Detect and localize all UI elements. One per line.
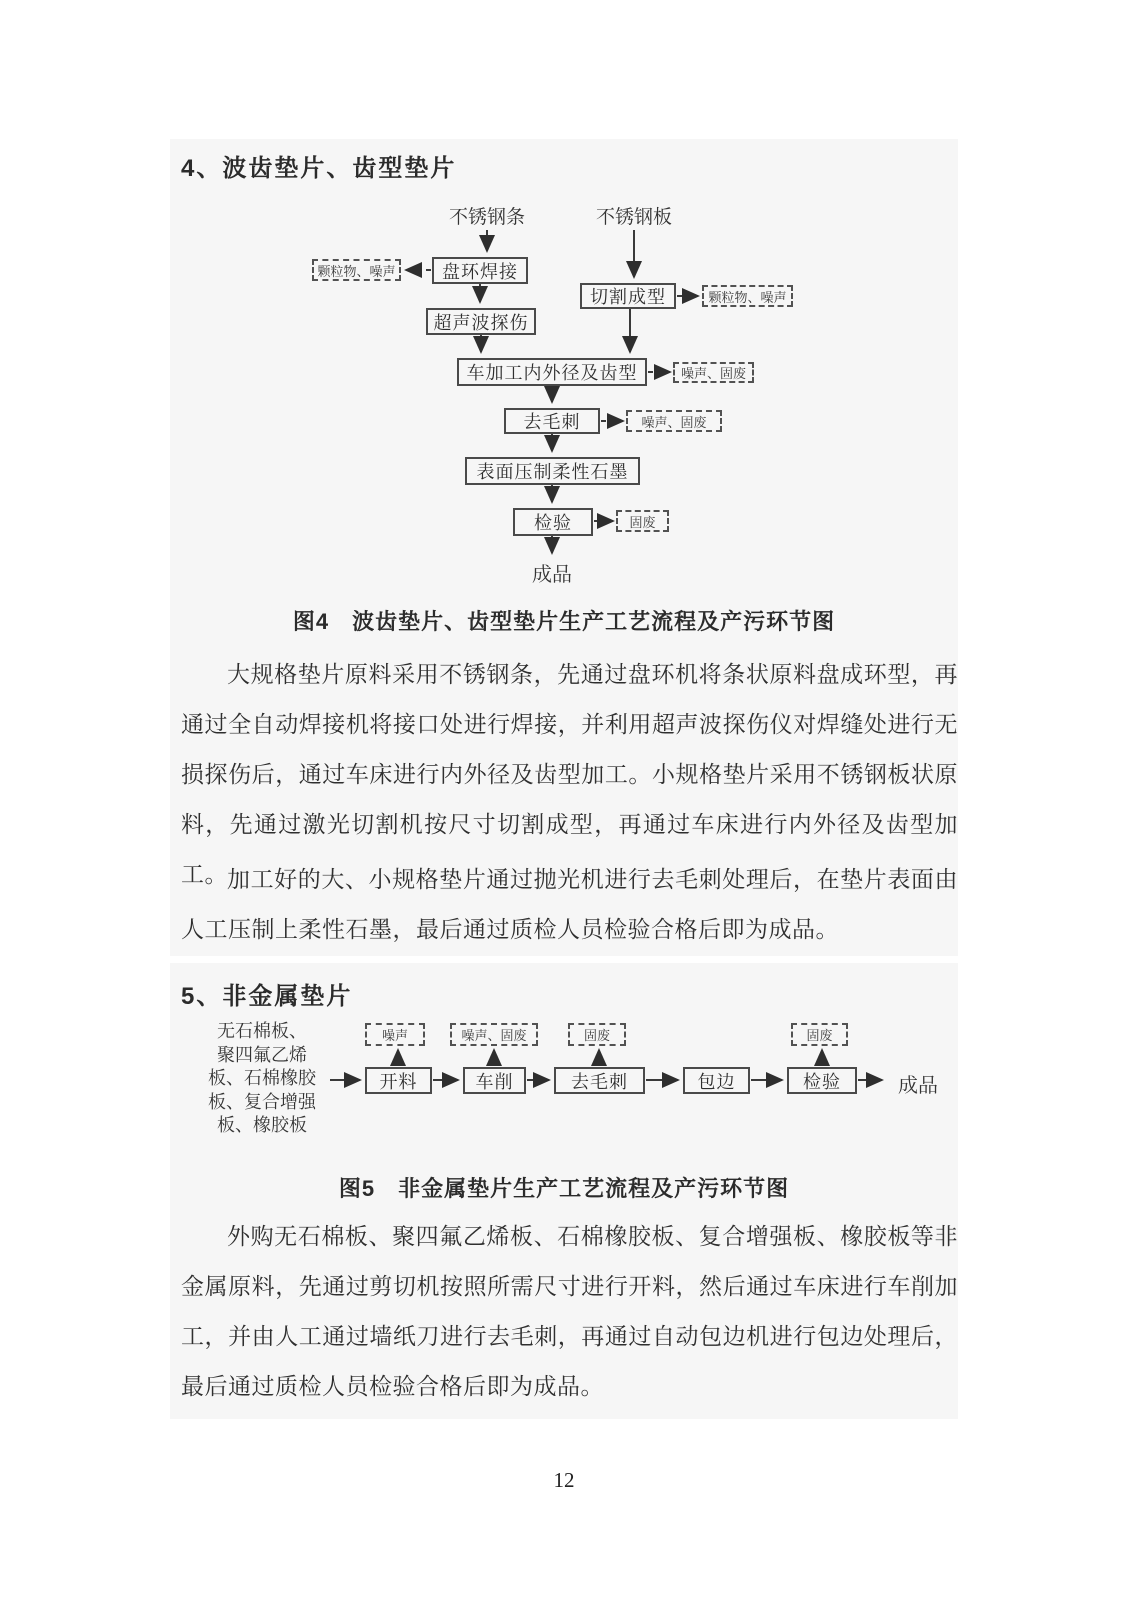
fc4-step-cutting-forming-box: 切割成型 <box>580 283 676 309</box>
figure5-caption: 图5 非金属垫片生产工艺流程及产污环节图 <box>170 1172 958 1203</box>
fc5-pollutant-deburr-box: 固废 <box>568 1023 626 1046</box>
page-number: 12 <box>170 1468 958 1493</box>
fc5-source-line: 无石棉板、 <box>172 1020 352 1044</box>
fc4-pollutant-deburr-box: 噪声、固废 <box>626 410 722 432</box>
fc5-step-kailiao-box: 开料 <box>365 1067 432 1094</box>
fc5-source-materials-label: 无石棉板、 聚四氟乙烯 板、石棉橡胶 板、复合增强 板、橡胶板 <box>172 1020 352 1138</box>
fc5-source-line: 聚四氟乙烯 <box>172 1044 352 1068</box>
fc4-pollutant-cut-box: 颗粒物、噪声 <box>702 285 793 307</box>
section5-heading: 5、非金属垫片 <box>181 976 352 1011</box>
fc5-pollutant-kailiao-box: 噪声 <box>365 1023 425 1046</box>
fc5-step-deburr-box: 去毛刺 <box>554 1067 645 1094</box>
fc4-output-label: 成品 <box>512 558 592 587</box>
fc4-pollutant-weld-box: 颗粒物、噪声 <box>312 259 401 281</box>
fc4-step-deburring-box: 去毛刺 <box>504 408 600 434</box>
fc4-step-inspection-box: 检验 <box>513 508 593 536</box>
figure4-caption: 图4 波齿垫片、齿型垫片生产工艺流程及产污环节图 <box>170 605 958 636</box>
fc5-source-line: 板、橡胶板 <box>172 1114 352 1138</box>
fc4-step-graphite-pressing-box: 表面压制柔性石墨 <box>465 457 640 485</box>
fc4-input-steel-strip-label: 不锈钢条 <box>437 202 537 229</box>
fc4-pollutant-turning-box: 噪声、固废 <box>673 362 754 383</box>
fc4-step-turning-box: 车加工内外径及齿型 <box>457 358 647 386</box>
fc4-step-ultrasonic-testing-box: 超声波探伤 <box>426 308 536 335</box>
section5-paragraph-1: 外购无石棉板、聚四氟乙烯板、石棉橡胶板、复合增强板、橡胶板等非金属原料，先通过剪… <box>181 1212 958 1412</box>
fc4-step-pan-ring-welding-box: 盘环焊接 <box>432 257 528 284</box>
fc5-source-line: 板、复合增强 <box>172 1091 352 1115</box>
fc5-pollutant-inspect-box: 固废 <box>791 1023 848 1046</box>
fc4-pollutant-inspect-box: 固废 <box>616 510 669 532</box>
fc5-pollutant-chexiao-box: 噪声、固废 <box>450 1023 538 1046</box>
fc5-step-chexiao-box: 车削 <box>463 1067 526 1094</box>
fc4-input-steel-plate-label: 不锈钢板 <box>584 202 684 229</box>
section4-heading: 4、波齿垫片、齿型垫片 <box>181 148 456 183</box>
fc5-source-line: 板、石棉橡胶 <box>172 1067 352 1091</box>
fc5-step-inspect-box: 检验 <box>787 1067 857 1094</box>
section4-paragraph-2: 加工好的大、小规格垫片通过抛光机进行去毛刺处理后，在垫片表面由人工压制上柔性石墨… <box>181 855 958 955</box>
scanned-document-page: { "document": { "page_number": "12" }, "… <box>0 0 1131 1600</box>
fc5-output-label: 成品 <box>886 1069 950 1098</box>
fc5-step-baobian-box: 包边 <box>683 1067 750 1094</box>
